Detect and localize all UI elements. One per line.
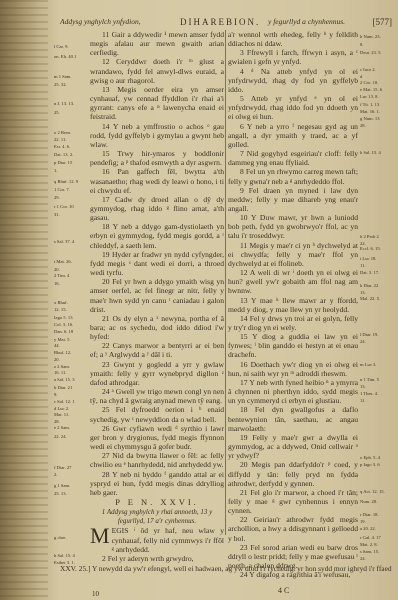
verse-number: 20 (90, 277, 110, 286)
verse-number: 24 (90, 387, 110, 396)
verse-text: Fel un yn rhwymo carreg mewn taft; felly… (228, 167, 358, 185)
verse-number: 23 (90, 360, 110, 369)
verse-number: 10 (228, 213, 248, 222)
verse: 15 Trwy hir-ymaros y boddlonir pendefig;… (90, 149, 224, 167)
verse-number: 4 (228, 67, 244, 76)
verse-text: Fel yr aderyn wrth grwydro, (108, 554, 194, 563)
verse: 18 Fel dyn gwallgofus a daflo bentewynio… (228, 405, 358, 432)
verse: 27 Nid da bwytta llawer o fêl: ac felly … (90, 451, 224, 469)
verse-number: 27 (90, 451, 110, 460)
margin-reference: m Luc 3. (360, 360, 376, 369)
margin-reference: Deut. 23. 5. (360, 48, 382, 57)
margin-reference: a 20. 22. (360, 524, 376, 533)
verse-number: 15 (90, 149, 110, 158)
verse-text: Y neb wrth fyned heibio ⁿ a ymyrra â chy… (228, 378, 358, 405)
verse-number: 15 (228, 332, 248, 341)
verse: 13 Y mae ᵏ llew mawr ar y ffordd, medd y… (228, 296, 358, 314)
margin-reference: s Sal. 37. 4 (54, 237, 74, 246)
margin-reference: q Act. 12. 15. (360, 487, 385, 496)
margin-reference: 31. (54, 210, 60, 219)
verse-number: 21 (228, 488, 248, 497)
margin-reference: e 2 Sam. (54, 423, 70, 432)
verse-number: 11 (228, 241, 247, 250)
right-text-column: a'r wennol wrth ehedeg, felly ʰ y felldi… (228, 30, 358, 579)
margin-reference: 24. (360, 337, 366, 346)
verse-number: 14 (228, 314, 248, 323)
verse: 8 Fel un yn rhwymo carreg mewn taft; fel… (228, 167, 358, 185)
margin-reference: Mal. 22. 5. (360, 294, 380, 303)
verse: 25 Fel dyfroedd oerion i ᵇ enaid sychedi… (90, 405, 224, 423)
margin-reference: on. Eh. 40.1 (54, 52, 76, 61)
verse-number: 14 (90, 122, 110, 131)
verse: 5 Atteb yr ynfyd ᵉ yn ol ei ynfydrwydd, … (228, 94, 358, 121)
margin-reference: 24. (360, 554, 366, 563)
verse-text: Y neb a ddygo gam-dystiolaeth yn erbyn e… (90, 222, 224, 249)
verse: 4 ᵈ Na atteb ynfyd yn ol ei ynfydrwydd, … (228, 67, 358, 94)
verse-text: Y mae ᵏ llew mawr ar y ffordd, medd y di… (228, 296, 358, 314)
column-divider (225, 30, 226, 535)
verse-text: Cadw dy droed allan o dŷ dy gymmydog, rh… (90, 195, 224, 222)
verse-text: Fel yr hwn a ddygo ymaith wisg yn amser … (90, 277, 224, 313)
verse-number: 19 (228, 433, 248, 442)
signature-mark-left: 10 (92, 590, 99, 598)
verse-text: Hyder ar fradwr yn nydd cyfyngder, fydd … (90, 250, 224, 277)
verse-number: 12 (228, 268, 248, 277)
verse-text: Fel dyfroedd oerion i ᵇ enaid sychedig, … (90, 405, 224, 423)
verse-number: 13 (228, 296, 248, 305)
verse-text: Gwynt y gogledd a yrr y gwlaw ymaith: fe… (90, 360, 224, 387)
verse-text: Megis oerder eira yn amser cynhauaf, yw … (90, 85, 224, 121)
verse: 26 Gwr cyfiawn wedi ᵈ syrthio i lawr ger… (90, 424, 224, 451)
verse-number: 22 (90, 341, 110, 350)
running-head-right: y fegurllyd a chynhennus. (268, 16, 345, 28)
margin-reference: c Iaco 2. (360, 65, 376, 74)
margin-reference: Dat. 3. 17. (360, 268, 379, 277)
verse-text: Doethach yw'r diog yn ei olwg ei hun, ni… (228, 360, 358, 378)
verse-text: Fel dyn gwallgofus a daflo bentewynion t… (228, 405, 358, 432)
verse: 21 Os dy elyn a ˣ newyna, portha ef â ba… (90, 314, 224, 341)
verse-text: Y neb ni byddo ᶠ ganddo attal ar ei yspr… (90, 470, 224, 497)
verse-number: 9 (228, 186, 244, 195)
verse-number: 2 (90, 554, 106, 563)
verse: 17 Y neb wrth fyned heibio ⁿ a ymyrra â … (228, 378, 358, 405)
verse-number: 18 (90, 222, 110, 231)
verse: 7 Nid gogyhyd esgeiriau'r cloff: felly d… (228, 149, 358, 167)
verse-number: 20 (228, 460, 248, 469)
verse-text: Nid da bwytta llawer o fêl: ac felly chw… (90, 451, 224, 469)
verse-text: Nid gogyhyd esgeiriau'r cloff: felly dam… (228, 149, 358, 167)
verse: 15 Y diog a guddia ei law yn ei fynwes; … (228, 332, 358, 359)
verse: 9 Fel draen yn myned i law dyn meddw; fe… (228, 186, 358, 213)
chapter-summary: 1 Addysg ynghylch y rhai annoeth, 13 y f… (90, 508, 224, 526)
verse-number: 28 (90, 470, 110, 479)
verse: 17 Cadw dy droed allan o dŷ dy gymmydog,… (90, 195, 224, 222)
verse-text: Fel glo i'r marwor, a choed i'r tân; fel… (228, 488, 358, 515)
verse-number: 13 (90, 85, 110, 94)
verse: 14 Y neb a ymffrostio o achos ᵒ gau rodd… (90, 122, 224, 149)
verse-number: 16 (228, 360, 248, 369)
verse-number: 23 (228, 543, 248, 552)
verse: 23 Gwynt y gogledd a yrr y gwlaw ymaith:… (90, 360, 224, 387)
verse-text: Megis y mae'r ci yn ʰ dychwelyd at ei ch… (228, 241, 358, 268)
margin-reference: Num. 28. (360, 497, 377, 506)
verse: 28 Y neb ni byddo ᶠ ganddo attal ar ei y… (90, 470, 224, 497)
verse-text: Y diog a guddia ei law yn ei fynwes; ˡ b… (228, 332, 358, 359)
verse: 12 Ceryddwr doeth i'r ᵐ glust a wrandawo… (90, 57, 224, 84)
verse: a'r wennol wrth ehedeg, felly ʰ y felldi… (228, 30, 358, 48)
verse: 12 A weli di wr ⁱ doeth yn ei olwg ei hu… (228, 268, 358, 295)
chapter-heading: P E N. XXVI. (90, 498, 224, 507)
verse: 6 Y neb a yrro ᶠ negesau gyd ag un angal… (228, 122, 358, 149)
verse: 16 Doethach yw'r diog yn ei olwg ei hun,… (228, 360, 358, 378)
page-number: [577] (373, 16, 393, 28)
verse-text: Pan gaffech fêl, bwytta a'th wasanaetho;… (90, 167, 224, 194)
verse: 21 Fel glo i'r marwor, a choed i'r tân; … (228, 488, 358, 515)
signature-mark-right: 4 C (278, 586, 289, 595)
verse-number: 19 (90, 250, 110, 259)
verse-text: Gwr cyfiawn wedi ᵈ syrthio i lawr ger br… (90, 424, 224, 451)
verse: 16 Pan gaffech fêl, bwytta a'th wasanaet… (90, 167, 224, 194)
book-page: Addysg ynghylch ynfydion, DIHAREBION. y … (0, 0, 398, 600)
verse: 3 Ffrewyll i farch, ffrwyn i asyn, a ᶜ g… (228, 48, 358, 66)
verse-text: Canys marwor a bentyrri ar ei ben ef; a … (90, 341, 224, 359)
verse-text: Y Duw mawr, yr hwn a luniodd bob peth, f… (228, 213, 358, 240)
verse-text: Y neb a ymffrostio o achos ᵒ gau rodd, f… (90, 122, 224, 149)
verse-text: Fel draen yn myned i law dyn meddw; fell… (228, 186, 358, 213)
verse-number: 18 (228, 405, 248, 414)
verse-text: ᵈ Na atteb ynfyd yn ol ei ynfydrwydd, rh… (228, 67, 358, 94)
verse-text: A weli di wr ⁱ doeth yn ei olwg ei hun? … (228, 268, 358, 295)
verse-number: 17 (90, 195, 110, 204)
margin-reference: g cbre. (54, 533, 67, 542)
verse-text: Atteb yr ynfyd ᵉ yn ol ei ynfydrwydd, rh… (228, 94, 358, 121)
verse-text: Geiriau'r athrodwr fydd megis archollion… (228, 515, 358, 542)
verse: 2 Fel yr aderyn wrth grwydro, (90, 554, 224, 563)
verse: 19 Felly y mae'r gwr a dwylla ei gymmydo… (228, 433, 358, 460)
verse-text: Y neb a yrro ᶠ negesau gyd ag un angall,… (228, 122, 358, 149)
verse-text: Trwy hir-ymaros y boddlonir pendefig; a … (90, 149, 224, 167)
verse-number: 17 (228, 378, 248, 387)
margin-reference: 25. 32. (54, 80, 67, 89)
margin-reference: 11. (360, 396, 366, 405)
verse-number: 21 (90, 314, 110, 323)
margin-reference: h Sal. 15. 4 (360, 148, 381, 157)
verse: 10 Y Duw mawr, yr hwn a luniodd bob peth… (228, 213, 358, 240)
verse-number: 3 (228, 48, 244, 57)
chapter-first-verse: MEGIS ⁱ ôd yr haf, neu wlaw y cynhauaf, … (90, 526, 224, 553)
verse-text: a'r wennol wrth ehedeg, felly ʰ y felldi… (228, 30, 358, 48)
verse: 22 Geiriau'r athrodwr fydd megis archoll… (228, 515, 358, 542)
left-text-column: 11 Gair a ddywedir ¹ mewn amser fydd meg… (90, 30, 224, 563)
verse-number: 7 (228, 149, 244, 158)
margin-reference: l Car. 9. (54, 42, 69, 51)
verse-number: 12 (90, 57, 110, 66)
verse-number: 22 (228, 515, 248, 524)
margin-reference: n J. 13. 13. (54, 99, 74, 108)
verse: 11 Gair a ddywedir ¹ mewn amser fydd meg… (90, 30, 224, 57)
verse: 24 ᵃ Gwell yw trigo mewn congl yn nen tŷ… (90, 387, 224, 405)
verse-text: Fel y drws yn troi ar ei golyn, felly y … (228, 314, 358, 332)
verse-number: 11 (90, 30, 109, 39)
verse-text: Gair a ddywedir ¹ mewn amser fydd megis … (90, 30, 224, 57)
verse-text: Ceryddwr doeth i'r ᵐ glust a wrandawo, f… (90, 57, 224, 84)
verse-text: Felly y mae'r gwr a dwylla ei gymmydog, … (228, 433, 358, 460)
verse: 19 Hyder ar fradwr yn nydd cyfyngder, fy… (90, 250, 224, 277)
margin-reference: 25. 13. (54, 489, 67, 498)
verse-text: Megis pan ddarfyddo'r ᵖ coed, y diffydd … (228, 460, 358, 487)
margin-reference: Eccl. 6. 15. (360, 244, 381, 253)
verse-number: 5 (228, 94, 244, 103)
margin-reference: 29. (54, 193, 60, 202)
verse-number: 16 (90, 167, 110, 176)
facing-page-edge (0, 0, 48, 600)
running-head-left: Addysg ynghylch ynfydion, (60, 16, 141, 28)
verse: 13 Megis oerder eira yn amser cynhauaf, … (90, 85, 224, 122)
verse-number: 6 (228, 122, 244, 131)
verse: 14 Fel y drws yn troi ar ei golyn, felly… (228, 314, 358, 332)
margin-reference: 16. (54, 279, 60, 288)
margin-reference: p Iago 3. 6 (360, 460, 380, 469)
drop-cap: M (90, 527, 110, 545)
verse-text: ᵃ Gwell yw trigo mewn congl yn nen tŷ, n… (90, 387, 224, 405)
verse-text: EGIS ⁱ ôd yr haf, neu wlaw y cynhauaf, f… (112, 526, 224, 553)
margin-reference: 22. 24. (54, 432, 67, 441)
verse: 11 Megis y mae'r ci yn ʰ dychwelyd at ei… (228, 241, 358, 268)
verse-text: Os dy elyn a ˣ newyna, portha ef â bara;… (90, 314, 224, 341)
margin-reference: 2. (54, 470, 57, 479)
verse-text: Ffrewyll i farch, ffrwyn i asyn, a ᶜ gwi… (228, 48, 358, 66)
running-head-title: DIHAREBION. (180, 16, 260, 28)
margin-reference: 25. (54, 108, 60, 117)
verse-number: 8 (228, 167, 244, 176)
footnote: XXV. 25.] Y newydd da yw'r efengyl, well… (60, 564, 392, 573)
margin-reference: 1. (54, 166, 57, 175)
verse: 22 Canys marwor a bentyrri ar ei ben ef;… (90, 341, 224, 359)
verse: 20 Fel yr hwn a ddygo ymaith wisg yn ams… (90, 277, 224, 314)
verse-number: 26 (90, 424, 110, 433)
verse: 20 Megis pan ddarfyddo'r ᵖ coed, y diffy… (228, 460, 358, 487)
verse: 18 Y neb a ddygo gam-dystiolaeth yn erby… (90, 222, 224, 249)
running-header: Addysg ynghylch ynfydion, DIHAREBION. y … (60, 16, 392, 28)
margin-reference: 28. (360, 121, 366, 130)
verse-number: 25 (90, 405, 110, 414)
